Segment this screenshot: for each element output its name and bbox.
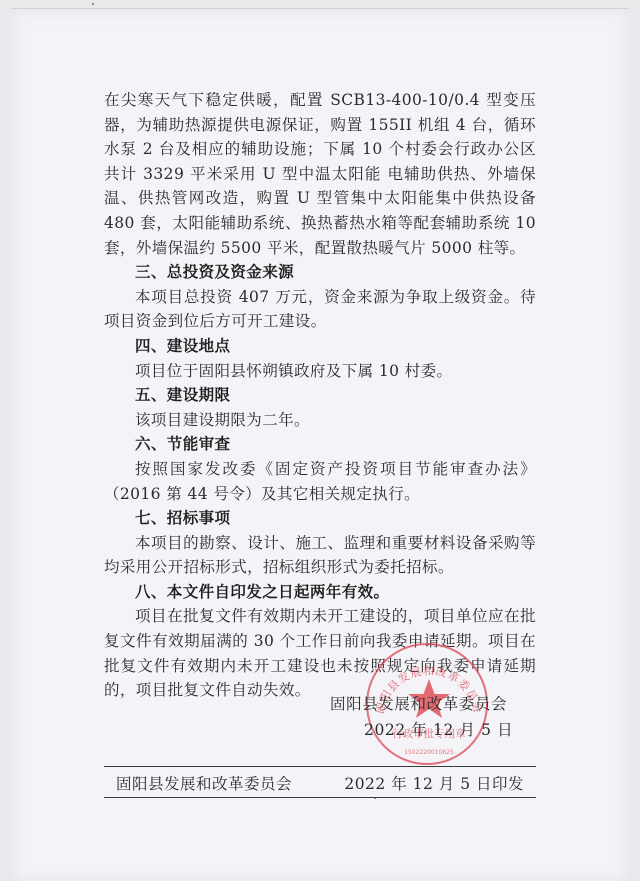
footer-issue-date: 2022 年 12 月 5 日印发 (344, 772, 524, 794)
heading-energy-review: 六、节能审查 (104, 432, 536, 457)
heading-investment: 三、总投资及资金来源 (104, 260, 536, 285)
signature-organization: 固阳县发展和改革委员会 (330, 692, 507, 714)
scan-speck (92, 3, 94, 5)
paragraph-validity: 项目在批复文件有效期内未开工建设的，项目单位应在批复文件有效期届满的 30 个工… (104, 604, 536, 702)
paragraph-scope: 在尖寒天气下稳定供暖，配置 SCB13-400-10/0.4 型变压器，为辅助热… (104, 88, 536, 260)
signature-date: 2022 年 12 月 5 日 (364, 718, 513, 740)
heading-validity: 八、本文件自印发之日起两年有效。 (104, 580, 536, 605)
paragraph-energy-review: 按照国家发改委《固定资产投资项目节能审查办法》（2016 第 44 号令）及其它… (104, 457, 536, 506)
paragraph-investment: 本项目总投资 407 万元，资金来源为争取上级资金。待项目资金到位后方可开工建设… (104, 285, 536, 334)
paragraph-location: 项目位于固阳县怀朔镇政府及下属 10 村委。 (104, 359, 536, 384)
document-body: 在尖寒天气下稳定供暖，配置 SCB13-400-10/0.4 型变压器，为辅助热… (104, 88, 536, 703)
paragraph-bidding: 本项目的勘察、设计、施工、监理和重要材料设备采购等均采用公开招标形式，招标组织形… (104, 531, 536, 580)
footer-organization: 固阳县发展和改革委员会 (116, 772, 292, 794)
heading-bidding: 七、招标事项 (104, 506, 536, 531)
heading-location: 四、建设地点 (104, 334, 536, 359)
document-footer: 固阳县发展和改革委员会 2022 年 12 月 5 日印发 (104, 766, 536, 798)
heading-period: 五、建设期限 (104, 383, 536, 408)
paragraph-period: 该项目建设期限为二年。 (104, 408, 536, 433)
